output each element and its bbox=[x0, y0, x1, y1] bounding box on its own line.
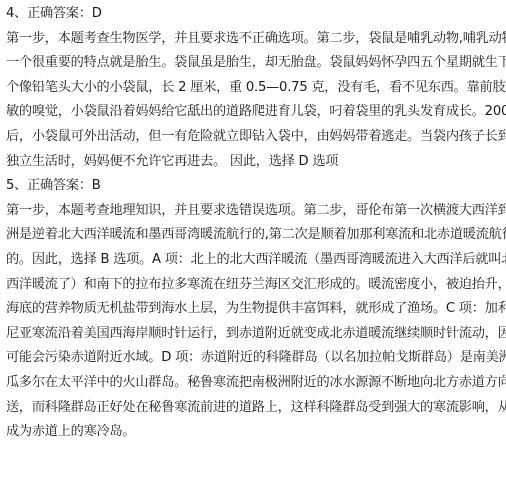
answer-5-text-line: 西洋暖流了）和南下的拉布拉多寒流在纽芬兰海区交汇形成的。暖流密度小，被迫抬升，把 bbox=[6, 273, 504, 298]
answer-5-text-line: 海底的营养物质无机盐带到海水上层，为生物提供丰富饵料，就形成了渔场。C 项：加利… bbox=[6, 297, 504, 322]
answer-5-text-line: 瓜多尔在太平洋中的火山群岛。秘鲁寒流把南极洲附近的冰水源源不断地向北方赤道方向输 bbox=[6, 371, 504, 396]
answer-5-text-line: 送，而科隆群岛正好处在秘鲁寒流前进的道路上，这样科隆群岛受到强大的寒流影响，从而 bbox=[6, 396, 504, 421]
answer-5-text-line: 成为赤道上的寒冷岛。 bbox=[6, 420, 504, 445]
answer-4-text-line: 一个很重要的特点就是胎生。袋鼠虽是胎生，却无胎盘。袋鼠妈妈怀孕四五个星期就生下一 bbox=[6, 51, 504, 76]
answer-5-text-line: 尼亚寒流沿着美国西海岸顺时针运行，到赤道附近就变成北赤道暖流继续顺时针流动，因此 bbox=[6, 322, 504, 347]
answer-4-text-line: 第一步，本题考查生物医学，并且要求选不正确选项。第二步，袋鼠是哺乳动物,哺乳动物 bbox=[6, 27, 504, 52]
answer-5-text-line: 洲是逆着北大西洋暖流和墨西哥湾暖流航行的,第二次是顺着加那利寒流和北赤道暖流航行 bbox=[6, 223, 504, 248]
answer-5-heading: 5、正确答案：B bbox=[6, 174, 504, 199]
answer-4-text-line: 敏的嗅觉，小袋鼠沿着妈妈给它舐出的道路爬进育儿袋，叼着袋里的乳头发育成长。200… bbox=[6, 100, 504, 125]
answer-4-text-line: 个像铅笔头大小的小袋鼠，长 2 厘米，重 0.5—0.75 克，没有毛，看不见东… bbox=[6, 76, 504, 101]
answer-4-heading: 4、正确答案：D bbox=[6, 2, 504, 27]
answer-4-text-line: 后，小袋鼠可外出活动，但一有危险就立即钻入袋中，由妈妈带着逃走。当袋内孩子长到能 bbox=[6, 125, 504, 150]
answer-4-text-line: 独立生活时，妈妈便不允许它再进去。 因此，选择 D 选项 bbox=[6, 150, 504, 175]
answer-5-text-line: 可能会污染赤道附近水域。D 项：赤道附近的科隆群岛（以名加拉帕戈斯群岛）是南美洲… bbox=[6, 346, 504, 371]
answer-explanation-document: 4、正确答案：D 第一步，本题考查生物医学，并且要求选不正确选项。第二步，袋鼠是… bbox=[6, 2, 504, 445]
answer-5-text-line: 第一步，本题考查地理知识，并且要求选错误选项。第二步，哥伦布第一次横渡大西洋到美 bbox=[6, 199, 504, 224]
answer-5-text-line: 的。因此，选择 B 选项。A 项：北上的北大西洋暖流（墨西哥湾暖流进入大西洋后就… bbox=[6, 248, 504, 273]
